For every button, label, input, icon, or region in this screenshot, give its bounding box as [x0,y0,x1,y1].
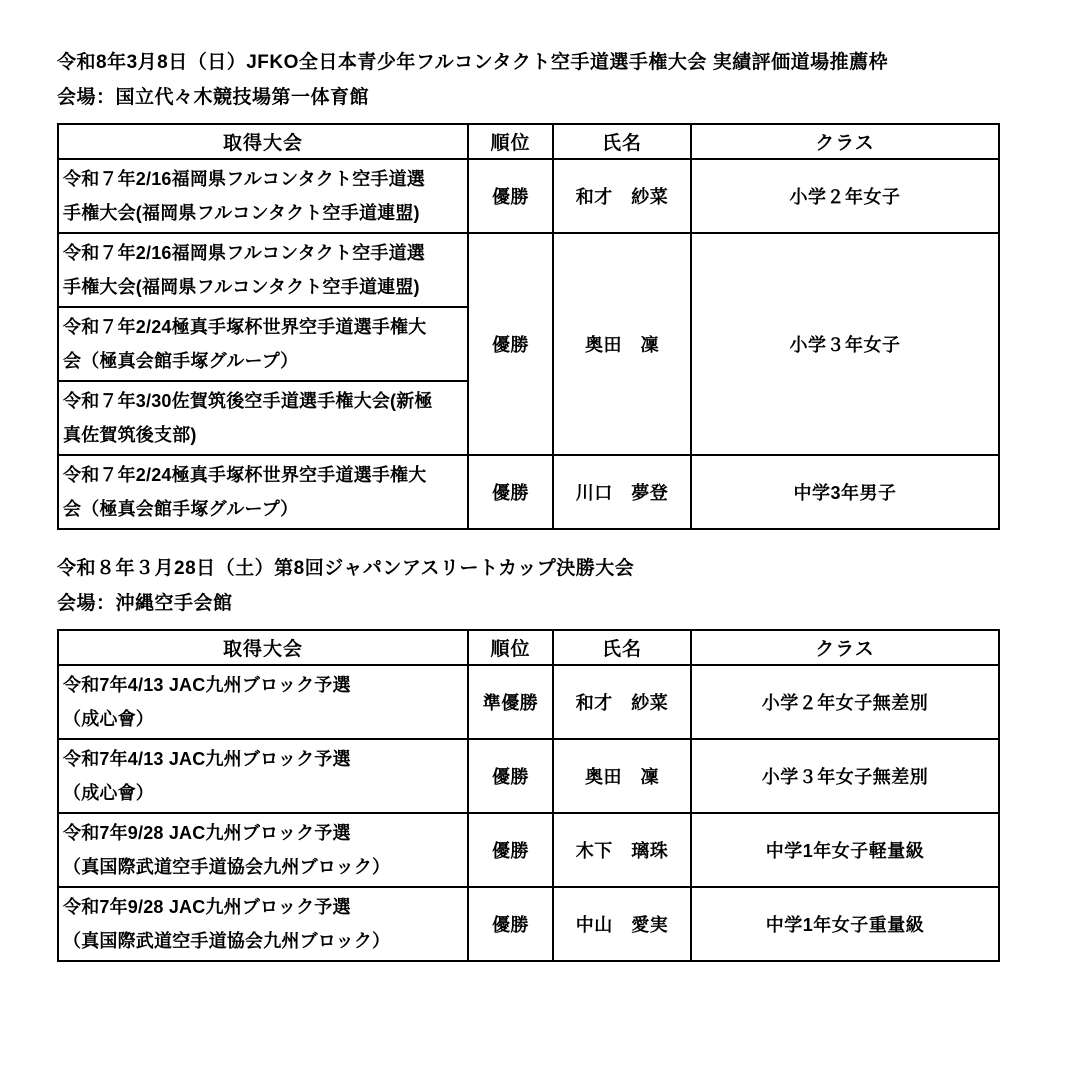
column-header-rank: 順位 [468,630,553,665]
class-cell: 中学1年女子重量級 [691,887,999,961]
column-header-name: 氏名 [553,124,691,159]
class-cell: 小学２年女子 [691,159,999,233]
rank-cell: 優勝 [468,159,553,233]
column-header-class: クラス [691,630,999,665]
name-cell: 中山 愛実 [553,887,691,961]
results-table-jac: 取得大会 順位 氏名 クラス 令和7年4/13 JAC九州ブロック予選 （成心會… [57,629,1000,962]
event-cell: 令和7年4/13 JAC九州ブロック予選 （成心會） [58,665,468,739]
event-cell: 令和7年9/28 JAC九州ブロック予選 （真国際武道空手道協会九州ブロック） [58,887,468,961]
rank-cell: 優勝 [468,233,553,455]
event-cell: 令和７年2/16福岡県フルコンタクト空手道選 手権大会(福岡県フルコンタクト空手… [58,233,468,307]
table-body: 令和7年4/13 JAC九州ブロック予選 （成心會）準優勝和才 紗菜小学２年女子… [58,665,999,961]
column-header-event: 取得大会 [58,630,468,665]
column-header-class: クラス [691,124,999,159]
section-title: 令和8年3月8日（日）JFKO全日本青少年フルコンタクト空手道選手権大会 実績評… [57,50,998,76]
name-cell: 木下 璃珠 [553,813,691,887]
class-cell: 小学３年女子 [691,233,999,455]
table-row: 令和７年2/16福岡県フルコンタクト空手道選 手権大会(福岡県フルコンタクト空手… [58,233,999,307]
section-title: 令和８年３月28日（土）第8回ジャパンアスリートカップ決勝大会 [57,556,998,582]
table-row: 令和7年4/13 JAC九州ブロック予選 （成心會）優勝奥田 凜小学３年女子無差… [58,739,999,813]
name-cell: 川口 夢登 [553,455,691,529]
rank-cell: 優勝 [468,455,553,529]
event-cell: 令和7年4/13 JAC九州ブロック予選 （成心會） [58,739,468,813]
name-cell: 奥田 凜 [553,233,691,455]
class-cell: 中学1年女子軽量級 [691,813,999,887]
event-cell: 令和７年2/24極真手塚杯世界空手道選手権大 会（極真会館手塚グループ） [58,307,468,381]
document-page: 令和8年3月8日（日）JFKO全日本青少年フルコンタクト空手道選手権大会 実績評… [0,0,1071,1082]
table-row: 令和7年4/13 JAC九州ブロック予選 （成心會）準優勝和才 紗菜小学２年女子… [58,665,999,739]
event-cell: 令和７年3/30佐賀筑後空手道選手権大会(新極 真佐賀筑後支部) [58,381,468,455]
table-header-row: 取得大会 順位 氏名 クラス [58,124,999,159]
rank-cell: 優勝 [468,887,553,961]
table-header-row: 取得大会 順位 氏名 クラス [58,630,999,665]
table-row: 令和7年9/28 JAC九州ブロック予選 （真国際武道空手道協会九州ブロック）優… [58,813,999,887]
column-header-name: 氏名 [553,630,691,665]
rank-cell: 優勝 [468,739,553,813]
event-cell: 令和７年2/24極真手塚杯世界空手道選手権大 会（極真会館手塚グループ） [58,455,468,529]
name-cell: 和才 紗菜 [553,665,691,739]
name-cell: 奥田 凜 [553,739,691,813]
column-header-event: 取得大会 [58,124,468,159]
event-cell: 令和7年9/28 JAC九州ブロック予選 （真国際武道空手道協会九州ブロック） [58,813,468,887]
table-row: 令和７年2/16福岡県フルコンタクト空手道選 手権大会(福岡県フルコンタクト空手… [58,159,999,233]
rank-cell: 優勝 [468,813,553,887]
section-japan-athlete-cup: 令和８年３月28日（土）第8回ジャパンアスリートカップ決勝大会 会場：沖縄空手会… [57,556,998,962]
section-jfko-tournament: 令和8年3月8日（日）JFKO全日本青少年フルコンタクト空手道選手権大会 実績評… [57,50,998,530]
section-venue: 会場：国立代々木競技場第一体育館 [57,85,998,111]
table-row: 令和７年2/24極真手塚杯世界空手道選手権大 会（極真会館手塚グループ）優勝川口… [58,455,999,529]
table-body: 令和７年2/16福岡県フルコンタクト空手道選 手権大会(福岡県フルコンタクト空手… [58,159,999,529]
class-cell: 小学２年女子無差別 [691,665,999,739]
results-table-jfko: 取得大会 順位 氏名 クラス 令和７年2/16福岡県フルコンタクト空手道選 手権… [57,123,1000,530]
class-cell: 小学３年女子無差別 [691,739,999,813]
column-header-rank: 順位 [468,124,553,159]
rank-cell: 準優勝 [468,665,553,739]
class-cell: 中学3年男子 [691,455,999,529]
event-cell: 令和７年2/16福岡県フルコンタクト空手道選 手権大会(福岡県フルコンタクト空手… [58,159,468,233]
section-venue: 会場：沖縄空手会館 [57,591,998,617]
name-cell: 和才 紗菜 [553,159,691,233]
table-row: 令和7年9/28 JAC九州ブロック予選 （真国際武道空手道協会九州ブロック）優… [58,887,999,961]
